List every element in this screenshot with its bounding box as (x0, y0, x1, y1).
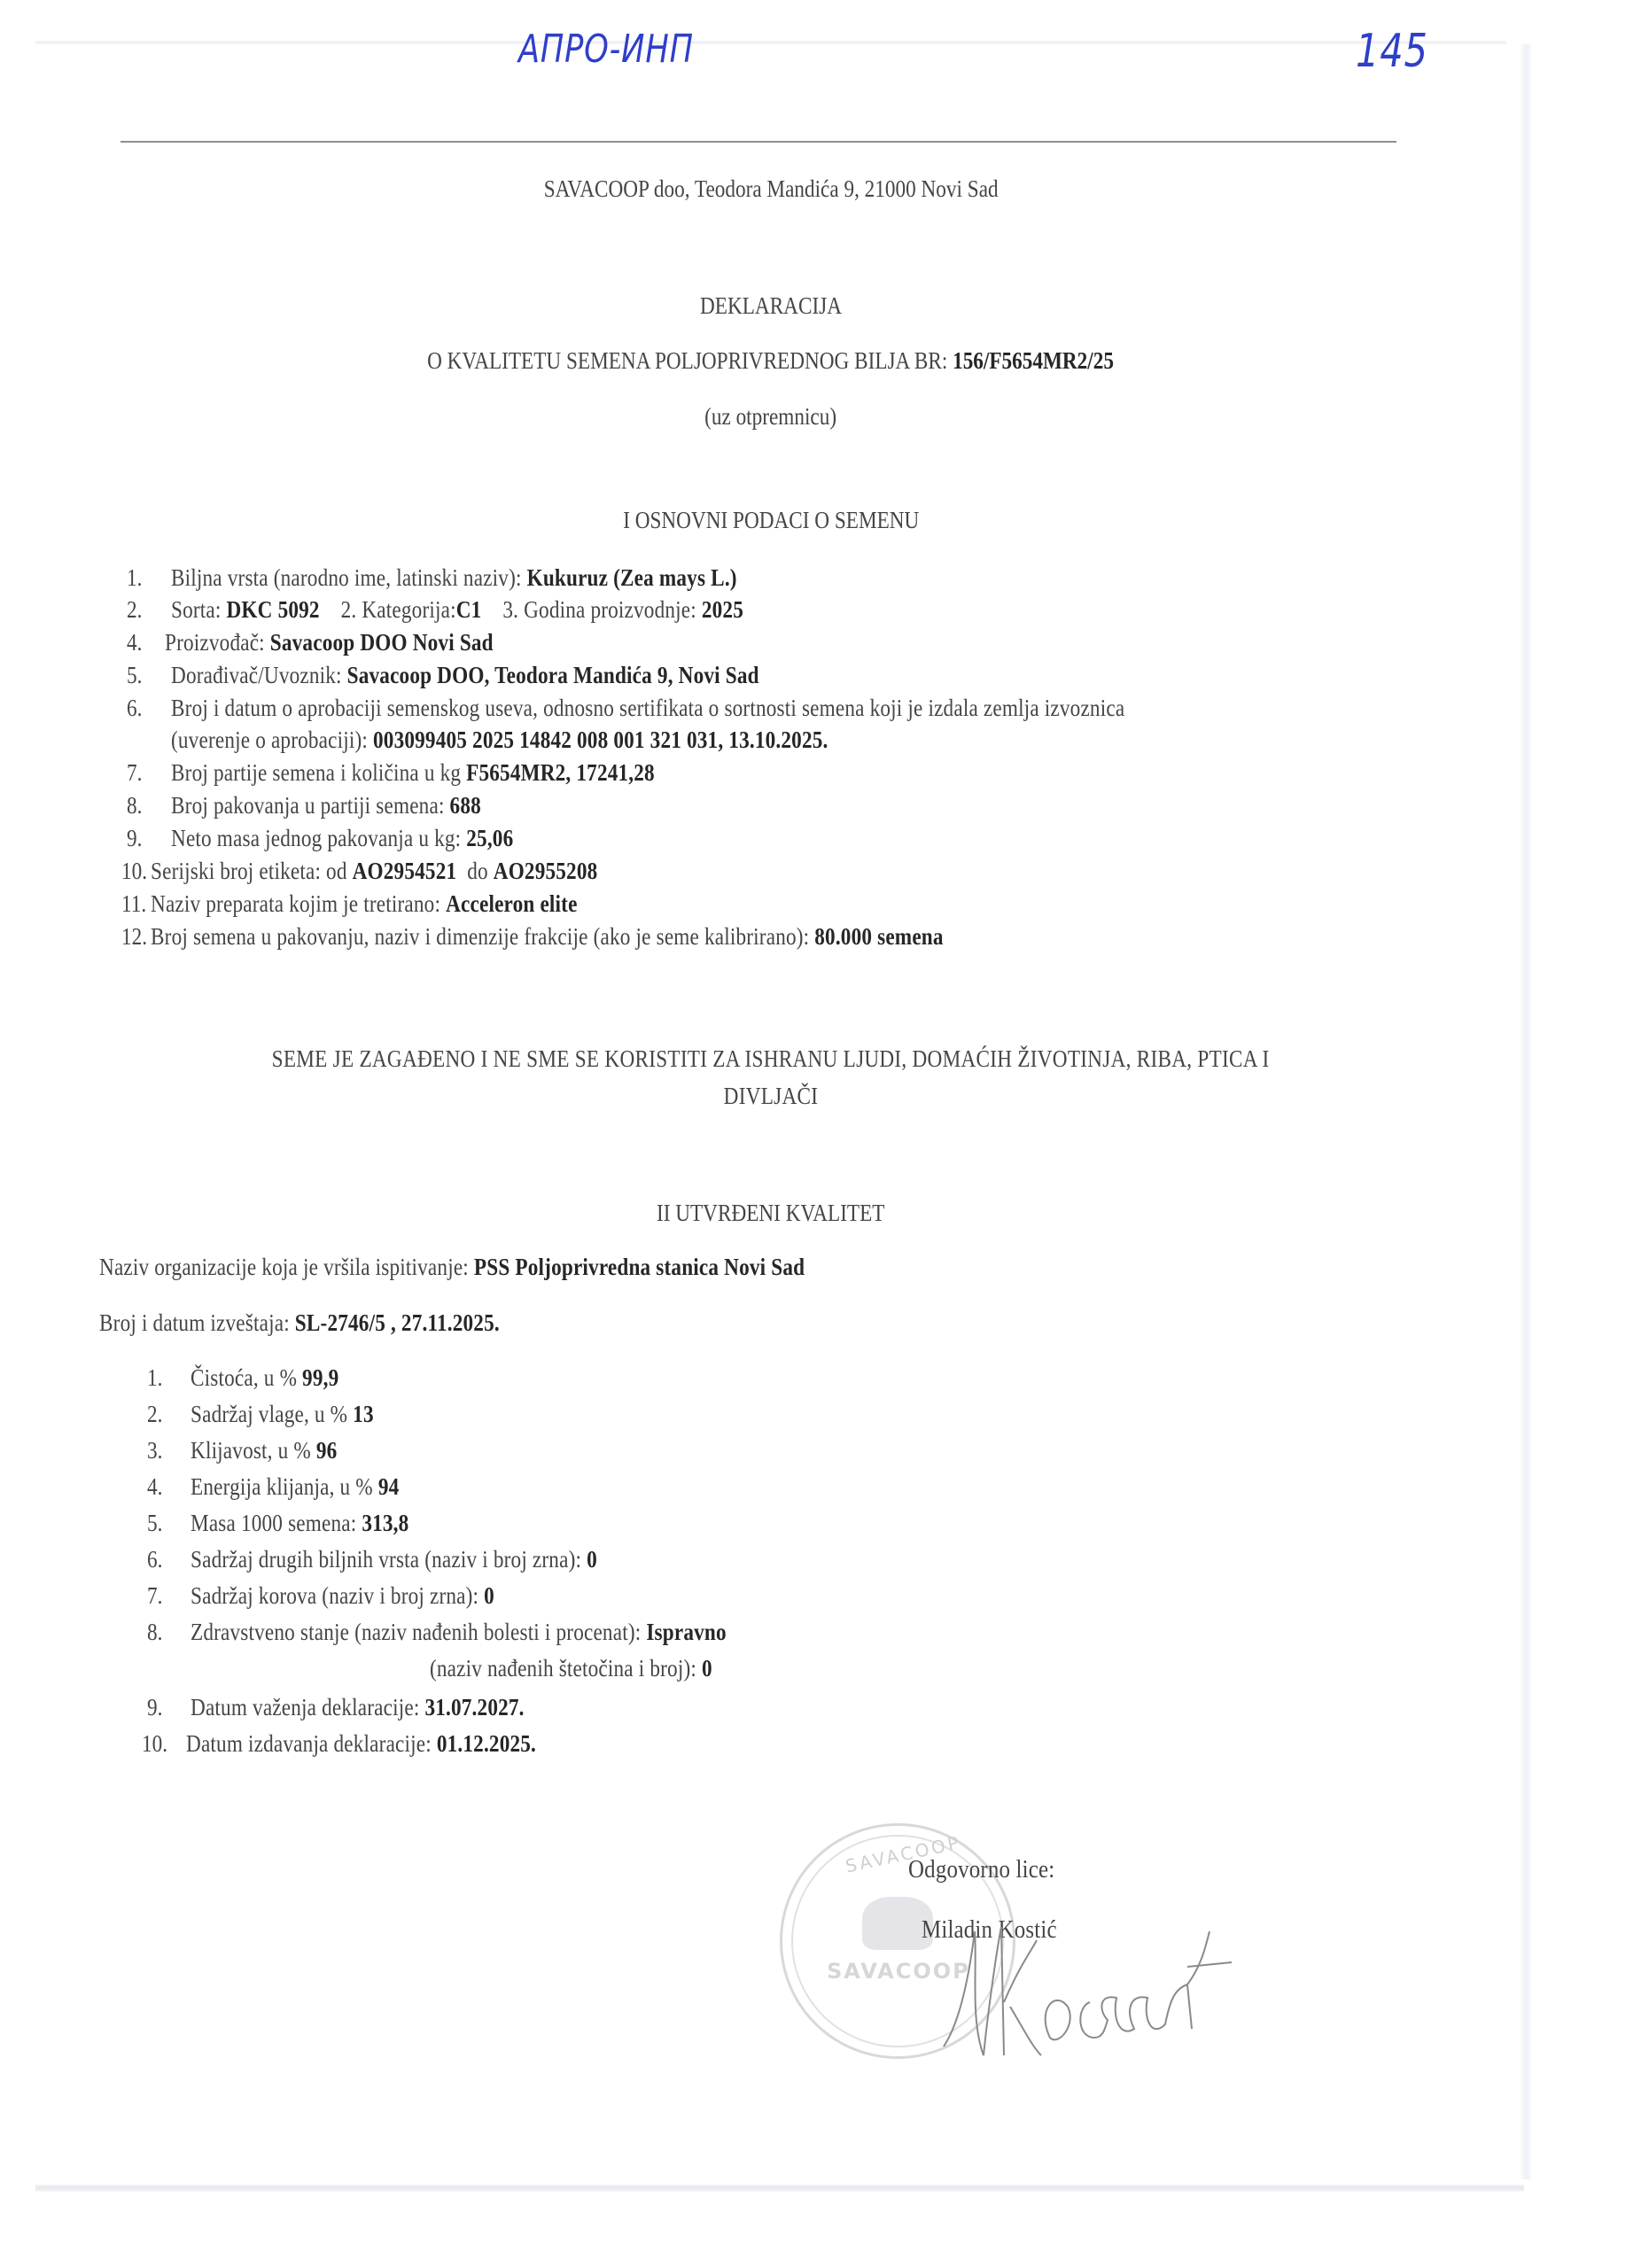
list-item: Čistoća, u % 99,9 (191, 1364, 338, 1392)
list-item: Klijavost, u % 96 (191, 1437, 337, 1464)
list-item: Sadržaj vlage, u % 13 (191, 1401, 374, 1428)
list-item: Datum važenja deklaracije: 31.07.2027. (191, 1694, 525, 1721)
document-subtitle: O KVALITETU SEMENA POLJOPRIVREDNOG BILJA… (0, 347, 1542, 375)
list-item: Naziv preparata kojim je tretirano: Acce… (151, 890, 578, 918)
handwritten-page-number: 145 (1356, 25, 1428, 78)
list-item-continuation: (uverenje o aprobaciji): 003099405 2025 … (171, 726, 828, 754)
list-item: Broj pakovanja u partiji semena: 688 (171, 792, 481, 819)
list-item: Masa 1000 semena: 313,8 (191, 1510, 408, 1537)
list-item: Sorta: DKC 5092 2. Kategorija:C1 3. Godi… (171, 596, 743, 624)
list-item: Zdravstveno stanje (naziv nađenih bolest… (191, 1619, 727, 1646)
report-number-date: Broj i datum izveštaja: SL-2746/5 , 27.1… (99, 1309, 500, 1337)
header-rule (121, 141, 1396, 143)
list-item: Broj semena u pakovanju, naziv i dimenzi… (151, 923, 944, 951)
list-item: Neto masa jednog pakovanja u kg: 25,06 (171, 825, 513, 852)
contamination-warning: SEME JE ZAGAĐENO I NE SME SE KORISTITI Z… (0, 1045, 1542, 1073)
list-item: Energija klijanja, u % 94 (191, 1473, 399, 1501)
list-item: Datum izdavanja deklaracije: 01.12.2025. (186, 1730, 536, 1758)
section1-heading: I OSNOVNI PODACI O SEMENU (0, 507, 1542, 534)
list-item: Biljna vrsta (narodno ime, latinski nazi… (171, 564, 737, 592)
list-item: Sadržaj korova (naziv i broj zrna): 0 (191, 1582, 494, 1610)
section2-heading: II UTVRĐENI KVALITET (0, 1200, 1542, 1227)
list-item: Proizvođač: Savacoop DOO Novi Sad (165, 629, 494, 656)
list-item: Broj partije semena i količina u kg F565… (171, 759, 655, 787)
scan-edge-top (35, 41, 1506, 44)
company-line: SAVACOOP doo, Teodora Mandića 9, 21000 N… (0, 175, 1542, 203)
scan-edge-bottom (35, 2185, 1524, 2192)
signature-icon (935, 1914, 1236, 2064)
document-note: (uz otpremnicu) (0, 403, 1542, 431)
list-item: Sadržaj drugih biljnih vrsta (naziv i br… (191, 1546, 597, 1573)
list-item: Dorađivač/Uvoznik: Savacoop DOO, Teodora… (171, 662, 759, 689)
responsible-person-label: Odgovorno lice: (908, 1855, 1054, 1884)
testing-organization: Naziv organizacije koja je vršila ispiti… (99, 1254, 805, 1281)
contamination-warning-cont: DIVLJAČI (0, 1083, 1542, 1110)
declaration-number: 156/F5654MR2/25 (953, 347, 1115, 374)
handwritten-note: АПРО-ИНП (518, 27, 694, 72)
list-item-continuation: (naziv nađenih štetočina i broj): 0 (430, 1655, 712, 1682)
document-title: DEKLARACIJA (0, 292, 1542, 320)
list-item: Broj i datum o aprobaciji semenskog usev… (171, 695, 1124, 722)
list-item: Serijski broj etiketa: od AO2954521 do A… (151, 858, 597, 885)
